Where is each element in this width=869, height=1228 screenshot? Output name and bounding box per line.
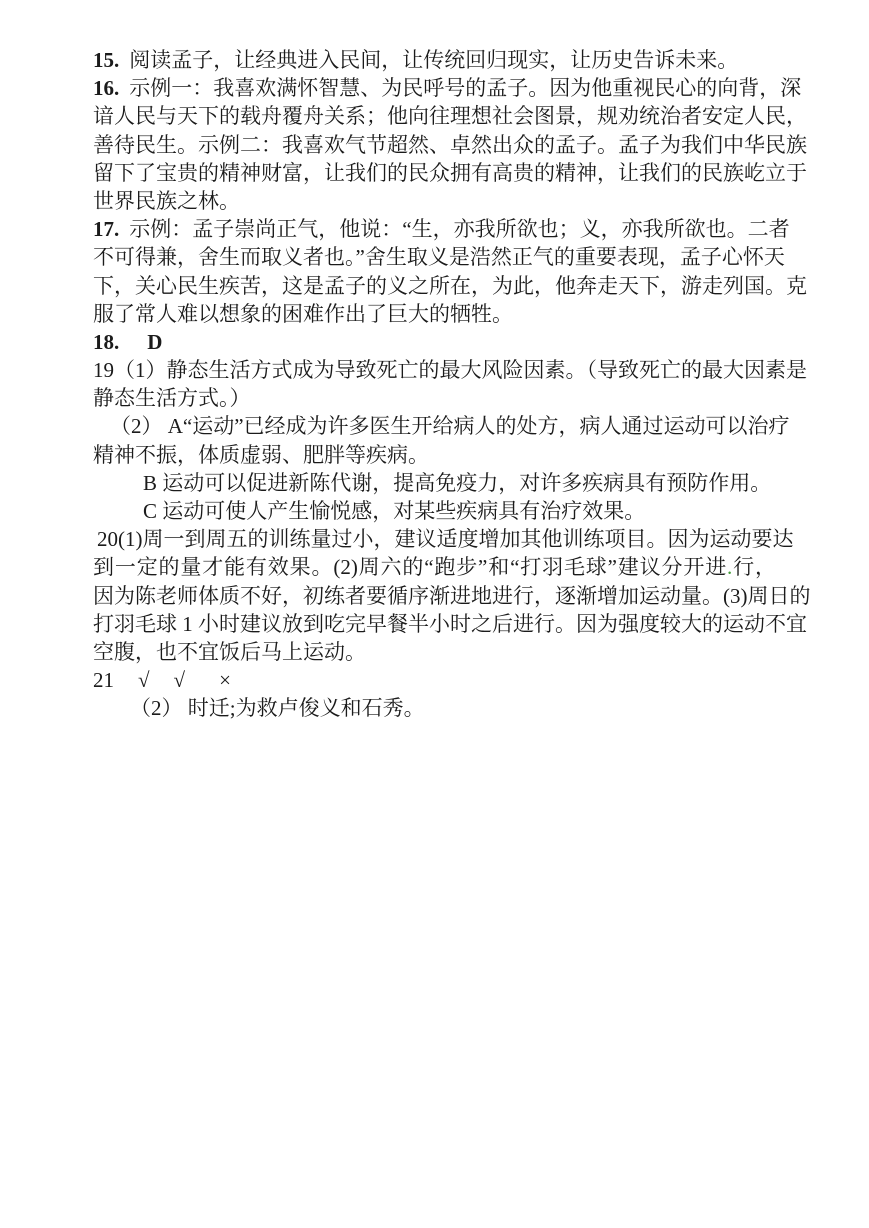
document-page: 15.阅读孟子，让经典进入民间，让传统回归现实，让历史告诉未来。 16.示例一：… (0, 0, 869, 1228)
answer-20-text-5: 空腹，也不宜饭后马上运动。 (93, 640, 366, 664)
question-number-15: 15. (93, 48, 119, 72)
answer-20-text-1: 20(1)周一到周五的训练量过小，建议适度增加其他训练项目。因为运动要达 (97, 527, 793, 551)
check-mark-icon: √ (174, 666, 186, 694)
answer-16-line-2: 谙人民与天下的载舟覆舟关系；他向往理想社会图景，规劝统治者安定人民， (93, 102, 776, 130)
answer-20-line-5: 空腹，也不宜饭后马上运动。 (93, 638, 776, 666)
answer-21-line-2: （2） 时迁;为救卢俊义和石秀。 (93, 694, 776, 722)
answer-20-text-2b: 行， (732, 555, 776, 579)
answer-16-line-5: 世界民族之林。 (93, 187, 776, 215)
answer-20-text-2a: 到一定的量才能有效果。(2)周六的“跑步”和“打羽毛球”建议分开进 (93, 555, 727, 579)
answer-19-line-4: 精神不振，体质虚弱、肥胖等疾病。 (93, 441, 776, 469)
answer-17-text-3: 下，关心民生疾苦，这是孟子的义之所在，为此，他奔走天下，游走列国。克 (93, 274, 807, 298)
answer-16-line-4: 留下了宝贵的精神财富，让我们的民众拥有高贵的精神，让我们的民族屹立于 (93, 159, 776, 187)
answer-17-line-2: 不可得兼，舍生而取义者也。”舍生取义是浩然正气的重要表现，孟子心怀天 (93, 243, 776, 271)
answer-19-text-1: 19（1）静态生活方式成为导致死亡的最大风险因素。（导致死亡的最大因素是 (93, 358, 807, 382)
answer-21-marks: 21√√× (93, 666, 776, 694)
answer-17-line-3: 下，关心民生疾苦，这是孟子的义之所在，为此，他奔走天下，游走列国。克 (93, 272, 776, 300)
answer-19-text-3: （2） A“运动”已经成为许多医生开给病人的处方，病人通过运动可以治疗 (110, 414, 790, 438)
check-mark-icon: √ (138, 666, 150, 694)
answer-key-text: 15.阅读孟子，让经典进入民间，让传统回归现实，让历史告诉未来。 16.示例一：… (93, 46, 776, 723)
answer-20-line-1: 20(1)周一到周五的训练量过小，建议适度增加其他训练项目。因为运动要达 (93, 525, 776, 553)
answer-17-line-1: 17.示例：孟子崇尚正气，他说：“生，亦我所欲也；义，亦我所欲也。二者 (93, 215, 776, 243)
answer-16-line-1: 16.示例一：我喜欢满怀智慧、为民呼号的孟子。因为他重视民心的向背，深 (93, 74, 776, 102)
answer-19-text-5: B 运动可以促进新陈代谢，提高免疫力，对许多疾病具有预防作用。 (143, 471, 771, 495)
answer-19-line-3: （2） A“运动”已经成为许多医生开给病人的处方，病人通过运动可以治疗 (93, 412, 776, 440)
answer-19-text-2: 静态生活方式。） (93, 386, 251, 410)
question-number-16: 16. (93, 76, 119, 100)
question-number-21: 21 (93, 668, 114, 692)
answer-18: 18.D (93, 328, 776, 356)
answer-16-text-1: 示例一：我喜欢满怀智慧、为民呼号的孟子。因为他重视民心的向背，深 (129, 76, 801, 100)
answer-16-text-5: 世界民族之林。 (93, 189, 240, 213)
answer-20-line-4: 打羽毛球 1 小时建议放到吃完早餐半小时之后进行。因为强度较大的运动不宜 (93, 610, 776, 638)
cross-mark-icon: × (219, 666, 231, 694)
answer-19-line-6: C 运动可使人产生愉悦感，对某些疾病具有治疗效果。 (93, 497, 776, 525)
answer-18-choice: D (147, 330, 162, 354)
answer-20-text-4: 打羽毛球 1 小时建议放到吃完早餐半小时之后进行。因为强度较大的运动不宜 (93, 612, 807, 636)
answer-17-text-4: 服了常人难以想象的困难作出了巨大的牺牲。 (93, 302, 513, 326)
answer-19-line-2: 静态生活方式。） (93, 384, 776, 412)
answer-21-text-2: （2） 时迁;为救卢俊义和石秀。 (130, 696, 425, 720)
answer-19-text-4: 精神不振，体质虚弱、肥胖等疾病。 (93, 443, 429, 467)
answer-20-line-3: 因为陈老师体质不好，初练者要循序渐进地进行，逐渐增加运动量。(3)周日的 (93, 582, 776, 610)
answer-15: 15.阅读孟子，让经典进入民间，让传统回归现实，让历史告诉未来。 (93, 46, 776, 74)
answer-17-line-4: 服了常人难以想象的困难作出了巨大的牺牲。 (93, 300, 776, 328)
answer-19-line-5: B 运动可以促进新陈代谢，提高免疫力，对许多疾病具有预防作用。 (93, 469, 776, 497)
answer-16-text-4: 留下了宝贵的精神财富，让我们的民众拥有高贵的精神，让我们的民族屹立于 (93, 161, 807, 185)
question-number-18: 18. (93, 330, 119, 354)
answer-19-line-1: 19（1）静态生活方式成为导致死亡的最大风险因素。（导致死亡的最大因素是 (93, 356, 776, 384)
answer-16-text-3: 善待民生。示例二：我喜欢气节超然、卓然出众的孟子。孟子为我们中华民族 (93, 133, 807, 157)
answer-19-text-6: C 运动可使人产生愉悦感，对某些疾病具有治疗效果。 (143, 499, 645, 523)
answer-16-text-2: 谙人民与天下的载舟覆舟关系；他向往理想社会图景，规劝统治者安定人民， (93, 104, 807, 128)
answer-17-text-2: 不可得兼，舍生而取义者也。”舍生取义是浩然正气的重要表现，孟子心怀天 (93, 245, 785, 269)
question-number-17: 17. (93, 217, 119, 241)
answer-20-text-3: 因为陈老师体质不好，初练者要循序渐进地进行，逐渐增加运动量。(3)周日的 (93, 584, 810, 608)
answer-15-text: 阅读孟子，让经典进入民间，让传统回归现实，让历史告诉未来。 (129, 48, 738, 72)
answer-20-line-2: 到一定的量才能有效果。(2)周六的“跑步”和“打羽毛球”建议分开进.行， (93, 553, 776, 581)
answer-17-text-1: 示例：孟子崇尚正气，他说：“生，亦我所欲也；义，亦我所欲也。二者 (129, 217, 789, 241)
answer-16-line-3: 善待民生。示例二：我喜欢气节超然、卓然出众的孟子。孟子为我们中华民族 (93, 131, 776, 159)
